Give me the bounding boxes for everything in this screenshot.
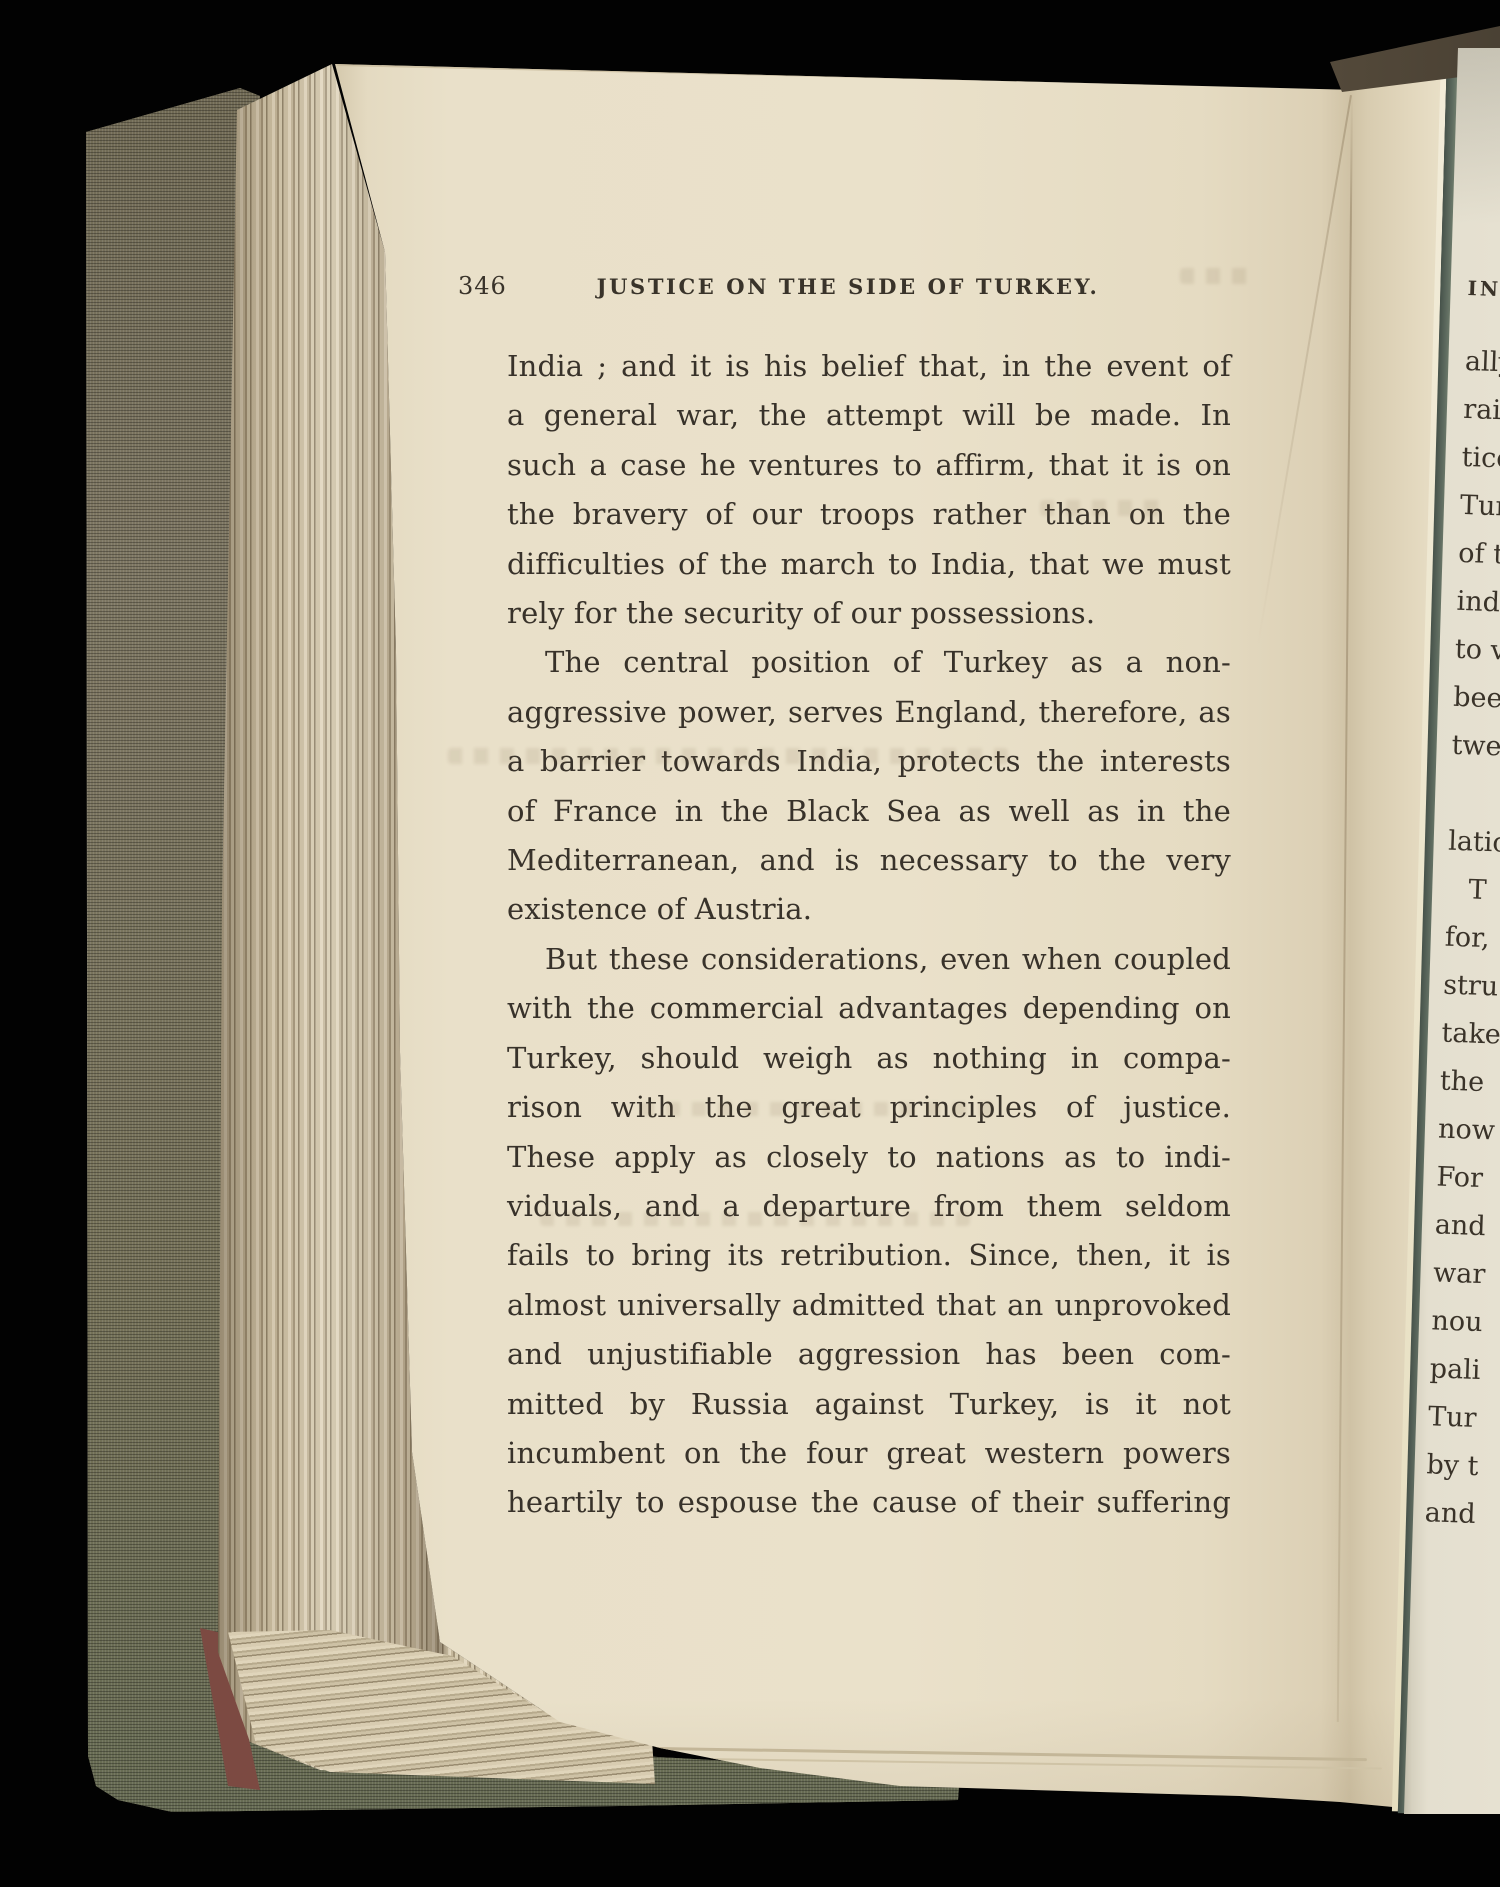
show-through-smudge <box>448 748 1008 764</box>
facing-text-fragment: twe <box>1451 722 1499 772</box>
text-line: aggressive power, serves England, theref… <box>507 688 1231 737</box>
facing-text-fragment: of th <box>1457 530 1500 580</box>
facing-text-fragment: pali <box>1429 1345 1477 1395</box>
facing-text-fragment: For <box>1436 1153 1484 1203</box>
page-top-edge <box>337 63 1363 89</box>
facing-text-fragment: raise <box>1462 386 1500 436</box>
text-line: mitted by Russia against Turkey, is it n… <box>507 1380 1231 1429</box>
facing-text-fragment <box>1449 770 1497 820</box>
facing-text-fragment: Turk <box>1459 482 1500 532</box>
text-line: But these considerations, even when coup… <box>507 935 1231 984</box>
gutter-crease <box>1337 92 1353 1722</box>
facing-text-fragment: war <box>1432 1249 1480 1299</box>
facing-text-fragment: inde <box>1456 578 1500 628</box>
facing-text-fragment: and <box>1434 1201 1482 1251</box>
text-line: These apply as closely to nations as to … <box>507 1133 1231 1182</box>
text-line: of France in the Black Sea as well as in… <box>507 787 1231 836</box>
show-through-smudge <box>1040 500 1170 516</box>
text-line: Turkey, should weigh as nothing in compa… <box>507 1034 1231 1083</box>
running-title: JUSTICE ON THE SIDE OF TURKEY. <box>538 274 1158 299</box>
show-through-smudge <box>540 1212 970 1226</box>
facing-text-fragment: now <box>1437 1105 1485 1155</box>
facing-text-fragment: to v <box>1454 626 1500 676</box>
facing-text-fragment: tice, <box>1461 434 1500 484</box>
facing-text-fragment: take <box>1441 1010 1489 1060</box>
text-line: India ; and it is his belief that, in th… <box>507 342 1231 391</box>
body-text: India ; and it is his belief that, in th… <box>507 342 1231 1528</box>
facing-text-fragment: and <box>1424 1489 1472 1539</box>
text-line: and unjustifiable aggression has been co… <box>507 1330 1231 1379</box>
facing-text-fragment: ally <box>1464 338 1500 388</box>
running-head: 346 JUSTICE ON THE SIDE OF TURKEY. <box>458 272 1158 300</box>
text-line: almost universally admitted that an unpr… <box>507 1281 1231 1330</box>
facing-text-fragment: nou <box>1431 1297 1479 1347</box>
facing-running-head-fragment: IN <box>1467 276 1500 304</box>
page-number: 346 <box>458 272 538 300</box>
text-line: fails to bring its retribution. Since, t… <box>507 1231 1231 1280</box>
text-line: such a case he ventures to affirm, that … <box>507 441 1231 490</box>
facing-text-fragment: T <box>1446 866 1494 916</box>
text-line: difficulties of the march to India, that… <box>507 540 1231 589</box>
facing-text-fragment: the <box>1439 1058 1487 1108</box>
text-line: heartily to espouse the cause of their s… <box>507 1478 1231 1527</box>
show-through-smudge <box>1180 268 1255 284</box>
text-line: incumbent on the four great western powe… <box>507 1429 1231 1478</box>
facing-text-fragment: by t <box>1426 1441 1474 1491</box>
text-line: The central position of Turkey as a non- <box>507 638 1231 687</box>
facing-text-fragment: been <box>1452 674 1500 724</box>
text-line: with the commercial advantages depending… <box>507 984 1231 1033</box>
facing-text-fragment: for, <box>1444 914 1492 964</box>
facing-text-fragment: latio <box>1447 818 1495 868</box>
facing-text-fragment: stru <box>1442 962 1490 1012</box>
text-line: a general war, the attempt will be made.… <box>507 391 1231 440</box>
show-through-smudge <box>640 1102 1000 1116</box>
text-line: existence of Austria. <box>507 885 1231 934</box>
text-line: rely for the security of our possessions… <box>507 589 1231 638</box>
text-line: Mediterranean, and is necessary to the v… <box>507 836 1231 885</box>
book-photograph: 346 JUSTICE ON THE SIDE OF TURKEY. India… <box>0 0 1500 1887</box>
facing-text-fragment: Tur <box>1427 1393 1475 1443</box>
page-wrinkle <box>1257 95 1352 647</box>
